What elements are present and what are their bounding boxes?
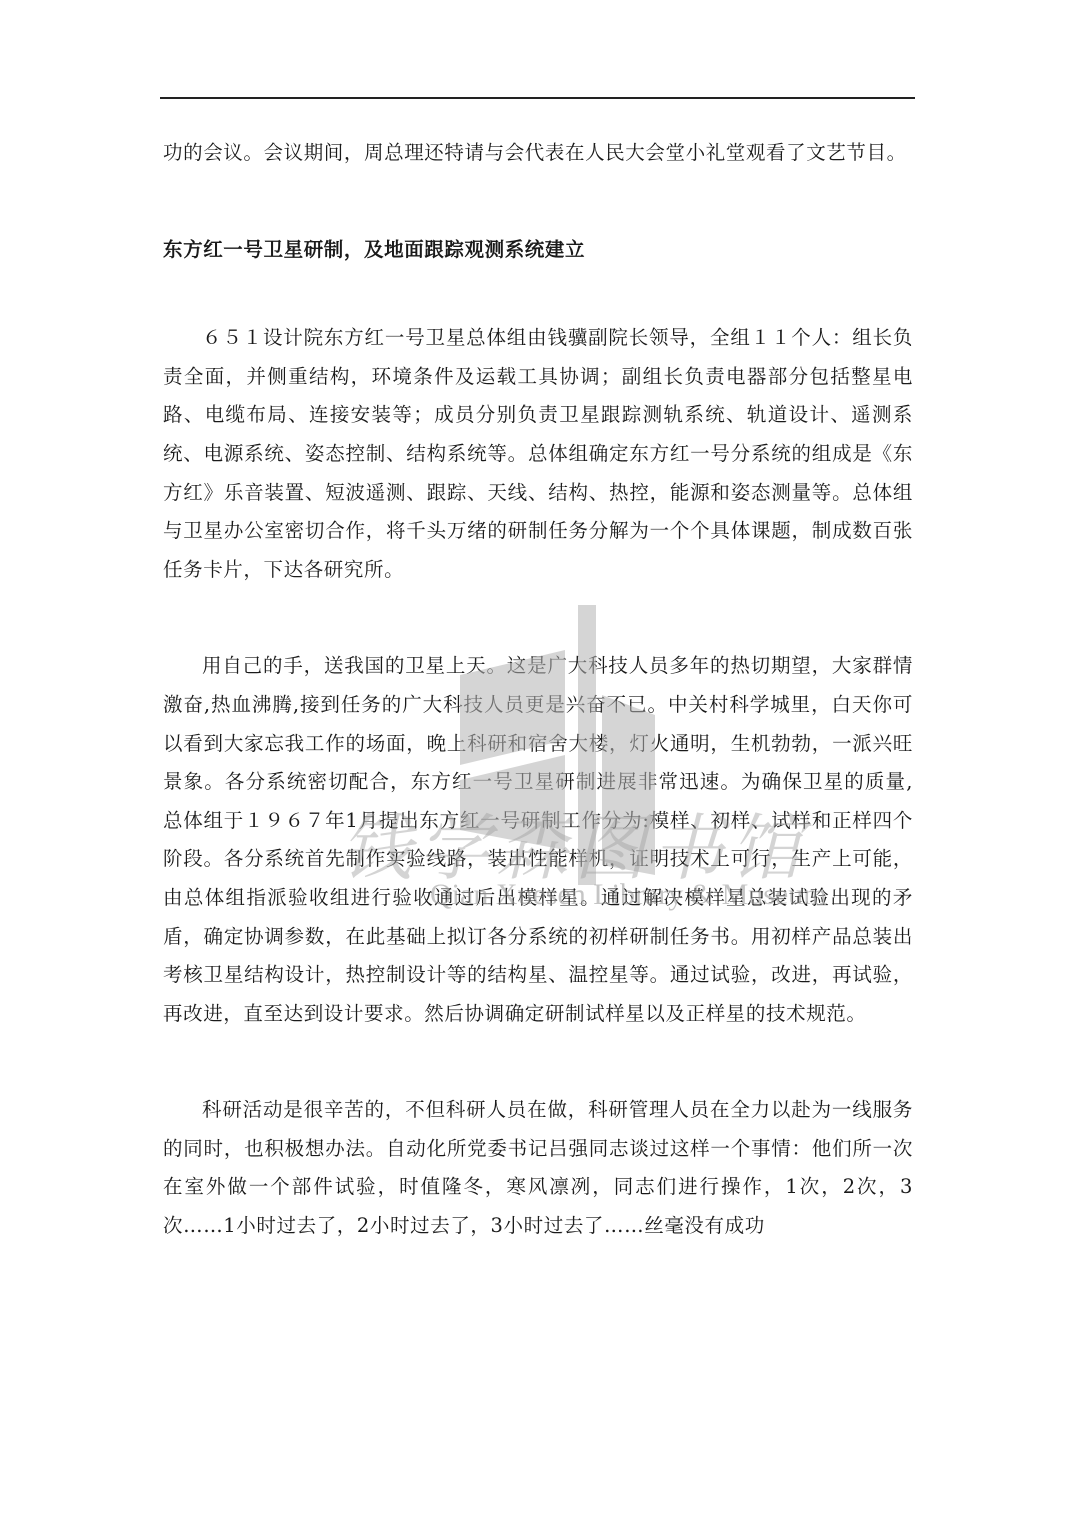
header-rule — [160, 97, 915, 99]
section-heading: 东方红一号卫星研制，及地面跟踪观测系统建立 — [163, 231, 913, 270]
paragraph-development: 用自己的手，送我国的卫星上天。这是广大科技人员多年的热切期望，大家群情激奋,热血… — [163, 647, 913, 1033]
paragraph-design-team: ６５１设计院东方红一号卫星总体组由钱骥副院长领导，全组１１个人：组长负责全面，并… — [163, 319, 913, 589]
document-page: 功的会议。会议期间，周总理还特请与会代表在人民大会堂小礼堂观看了文艺节目。 东方… — [163, 134, 913, 1246]
paragraph-continuation: 功的会议。会议期间，周总理还特请与会代表在人民大会堂小礼堂观看了文艺节目。 — [163, 134, 913, 173]
paragraph-research-activity: 科研活动是很辛苦的，不但科研人员在做，科研管理人员在全力以赴为一线服务的同时，也… — [163, 1091, 913, 1245]
